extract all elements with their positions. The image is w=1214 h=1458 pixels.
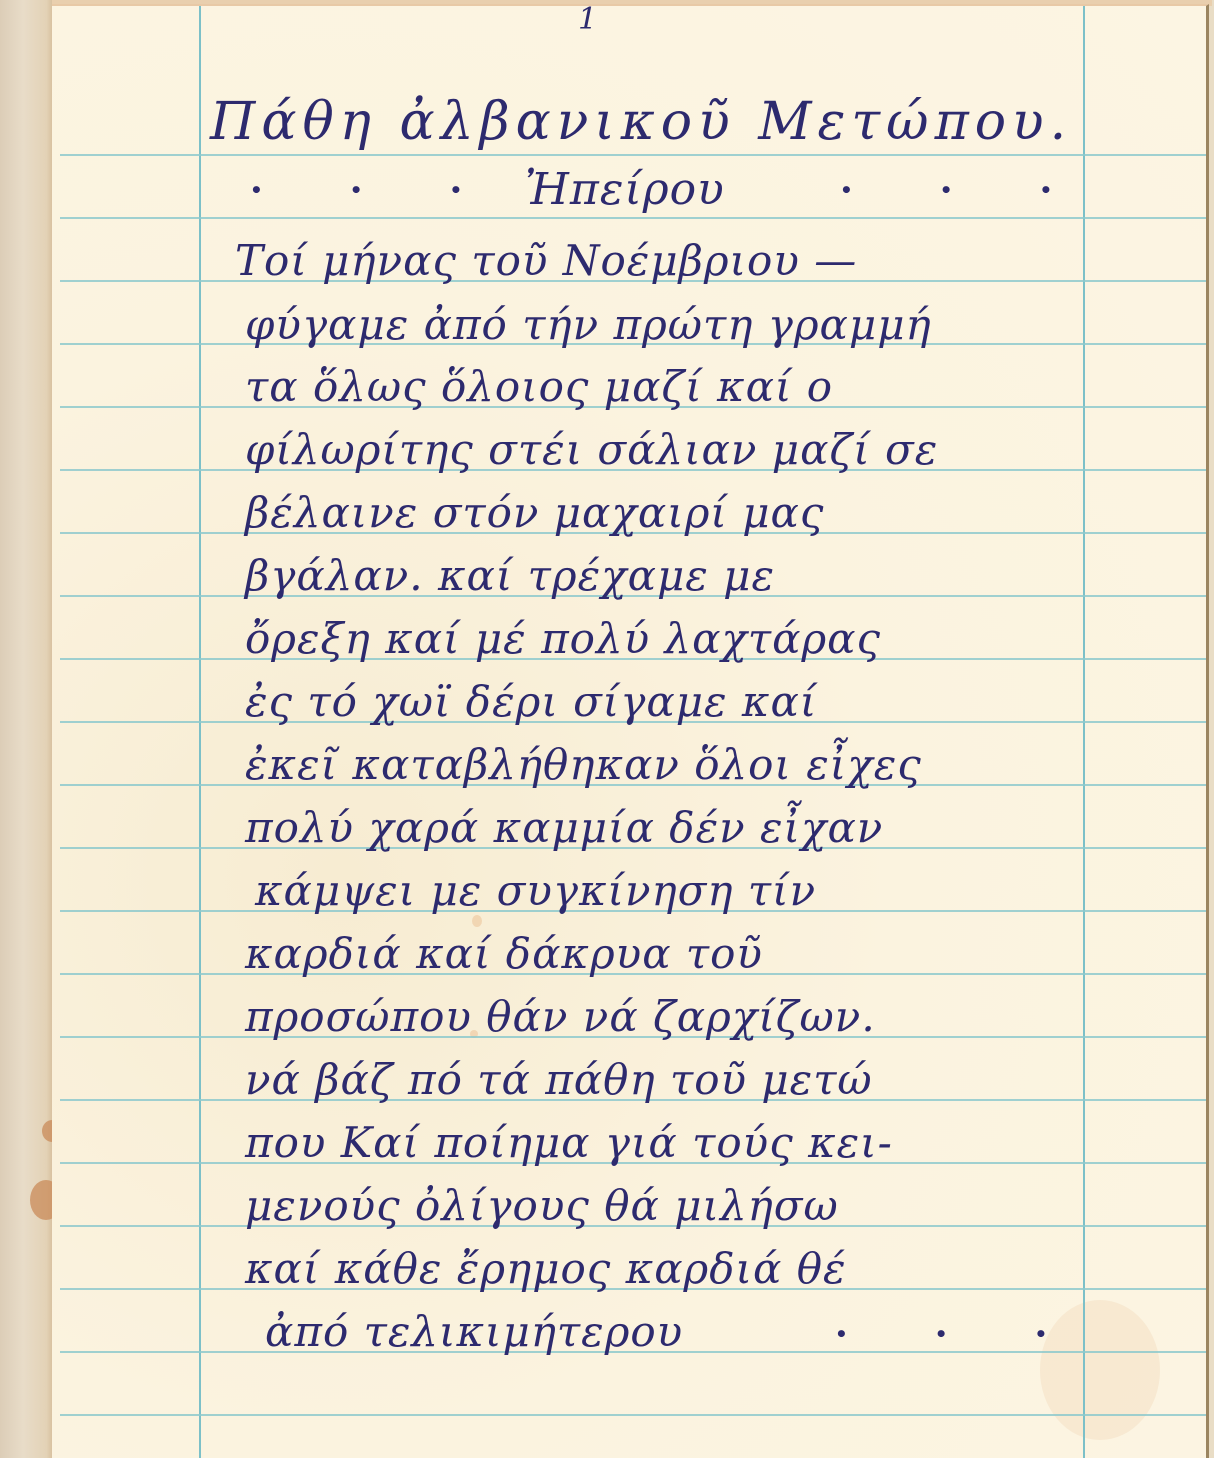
text-line: νά βάζ πό τά πάθη τοῦ μετώ [245,1055,873,1104]
paper-stain [1040,1300,1160,1440]
subtitle: Ἠπείρου [525,164,725,215]
text-line: βέλαινε στόν μαχαιρί μας [245,488,824,537]
page-title: Πάθη ἀλβανικοῦ Μετώπου. [210,92,1072,152]
text-line: κάμψει με συγκίνηση τίν [255,866,816,915]
text-line: καρδιά καί δάκρυα τοῦ [245,929,763,978]
text-line: ἀπό τελικιμήτερου [265,1307,683,1356]
text-line: ἐκεῖ καταβλήθηκαν ὅλοι εἶχες [245,740,922,789]
ruled-line [60,154,1206,156]
subtitle-leading-dots: • • • [250,178,502,202]
page-number: 1 [578,2,598,37]
text-line: ἐς τό χωϊ δέρι σίγαμε καί [245,677,817,726]
right-margin-rule [1083,6,1085,1458]
notebook-binding [0,0,58,1458]
text-line: Τοί μήνας τοῦ Νοέμβριου — [235,236,857,285]
closing-dots: • • • [835,1322,1087,1346]
text-line: που Καί ποίημα γιά τούς κει- [245,1118,893,1167]
ruled-line [60,217,1206,219]
text-line: βγάλαν. καί τρέχαμε με [245,551,775,600]
text-line: φίλωρίτης στέι σάλιαν μαζί σε [245,425,938,474]
text-line: προσώπου θάν νά ζαρχίζων. [245,992,876,1041]
text-line: φύγαμε ἀπό τήν πρώτη γραμμή [245,300,932,349]
text-line: τα ὅλως ὅλοιος μαζί καί ο [245,362,833,411]
subtitle-trailing-dots: • • • [840,178,1092,202]
paper-stain [472,915,482,927]
ruled-line [60,1414,1206,1416]
notebook-page [52,4,1209,1458]
left-margin-rule [199,6,201,1458]
text-line: καί κάθε ἔρημος καρδιά θέ [245,1244,847,1293]
text-line: πολύ χαρά καμμία δέν εἶχαν [245,803,883,852]
text-line: μενούς ὀλίγους θά μιλήσω [245,1181,839,1230]
text-line: ὄρεξη καί μέ πολύ λαχτάρας [245,614,881,663]
